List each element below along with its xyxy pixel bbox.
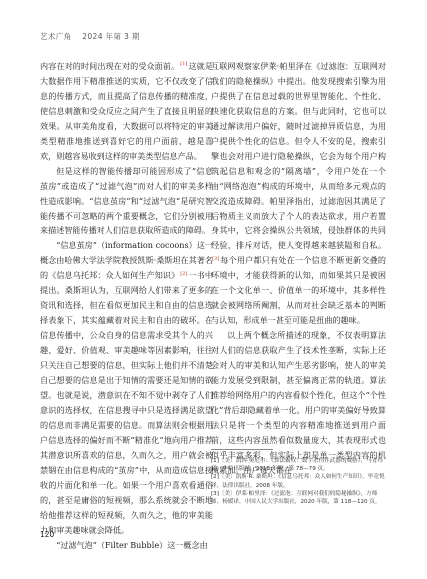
paragraph: 以上两个概念所描述的现象，不仅表明算法对人们的信息获取产生了技术性垄断，实际上还…	[211, 328, 386, 478]
footnotes: [1]〔美〕凯西·奥尼尔：《算法霸权：数字杀伤性武器的威胁》，马青玲译，中信出版…	[211, 457, 386, 506]
left-column: 内容在对的时间出现在对的受众面前。[1]这就是大数据作用下精准推送的实质，它不仅…	[40, 59, 213, 552]
footnote-ref-3[interactable]: [3]	[212, 256, 219, 262]
paragraph: “信息茧房”（information cocoons）这一概念由哈佛大学法学院教…	[40, 238, 213, 537]
paragraph-text: 一书中提出。桑斯坦认为，互联网给人们带来了更多的资讯和选择，但在看似更加民主和自…	[40, 270, 213, 534]
footnote-2: [2]〔美〕凯斯·R. 桑斯坦：《信息乌托邦：众人如何生产知识》，毕竞悦译，法律…	[211, 473, 386, 489]
paragraph-text: 互联网观察家伊莱·帕里泽在《过滤泡：互联网对我们的隐秘操纵》中提出。他发现搜索引…	[211, 61, 386, 250]
journal-name: 艺术广角	[40, 32, 72, 41]
footnote-1: [1]〔美〕凯西·奥尼尔：《算法霸权：数字杀伤性武器的威胁》，马青玲译，中信出版…	[211, 457, 386, 473]
paragraph: 内容在对的时间出现在对的受众面前。[1]这就是大数据作用下精准推送的实质，它不仅…	[40, 59, 213, 164]
footnote-divider	[211, 449, 273, 450]
paragraph-text: 每个用户都只有处在一个信息不断更新交叠的环境中，才能获得新的认知，而如果其只是被…	[211, 255, 386, 325]
paragraph-text: 这就是大数据作用下精准推送的实质，它不仅改变了信息的传播方式，而且提高了信息传播…	[40, 61, 213, 161]
right-column: 互联网观察家伊莱·帕里泽在《过滤泡：互联网对我们的隐秘操纵》中提出。他发现搜索引…	[211, 59, 386, 478]
page-number: 120	[40, 530, 54, 539]
footnote-ref-2[interactable]: [2]	[180, 271, 187, 277]
paragraph: “过滤气泡”（Filter Bubble）这一概念由	[40, 538, 213, 553]
paragraph: 互联网观察家伊莱·帕里泽在《过滤泡：互联网对我们的隐秘操纵》中提出。他发现搜索引…	[211, 59, 386, 328]
paragraph: 但是这样的智能传播却可能因形成了“信息茧房”或造成了“过滤气泡”而对人们的审美多…	[40, 164, 213, 239]
footnote-3: [3]〔美〕伊莱·帕里泽：《过滤泡：互联网对我们的隐秘操纵》，方师师、杨媛译，中…	[211, 490, 386, 506]
footnote-ref-1[interactable]: [1]	[180, 61, 187, 67]
issue-label: 2024 年第 3 期	[82, 32, 139, 41]
running-header: 艺术广角 2024 年第 3 期	[40, 31, 148, 42]
paragraph-text: 内容在对的时间出现在对的受众面前。	[40, 61, 179, 71]
